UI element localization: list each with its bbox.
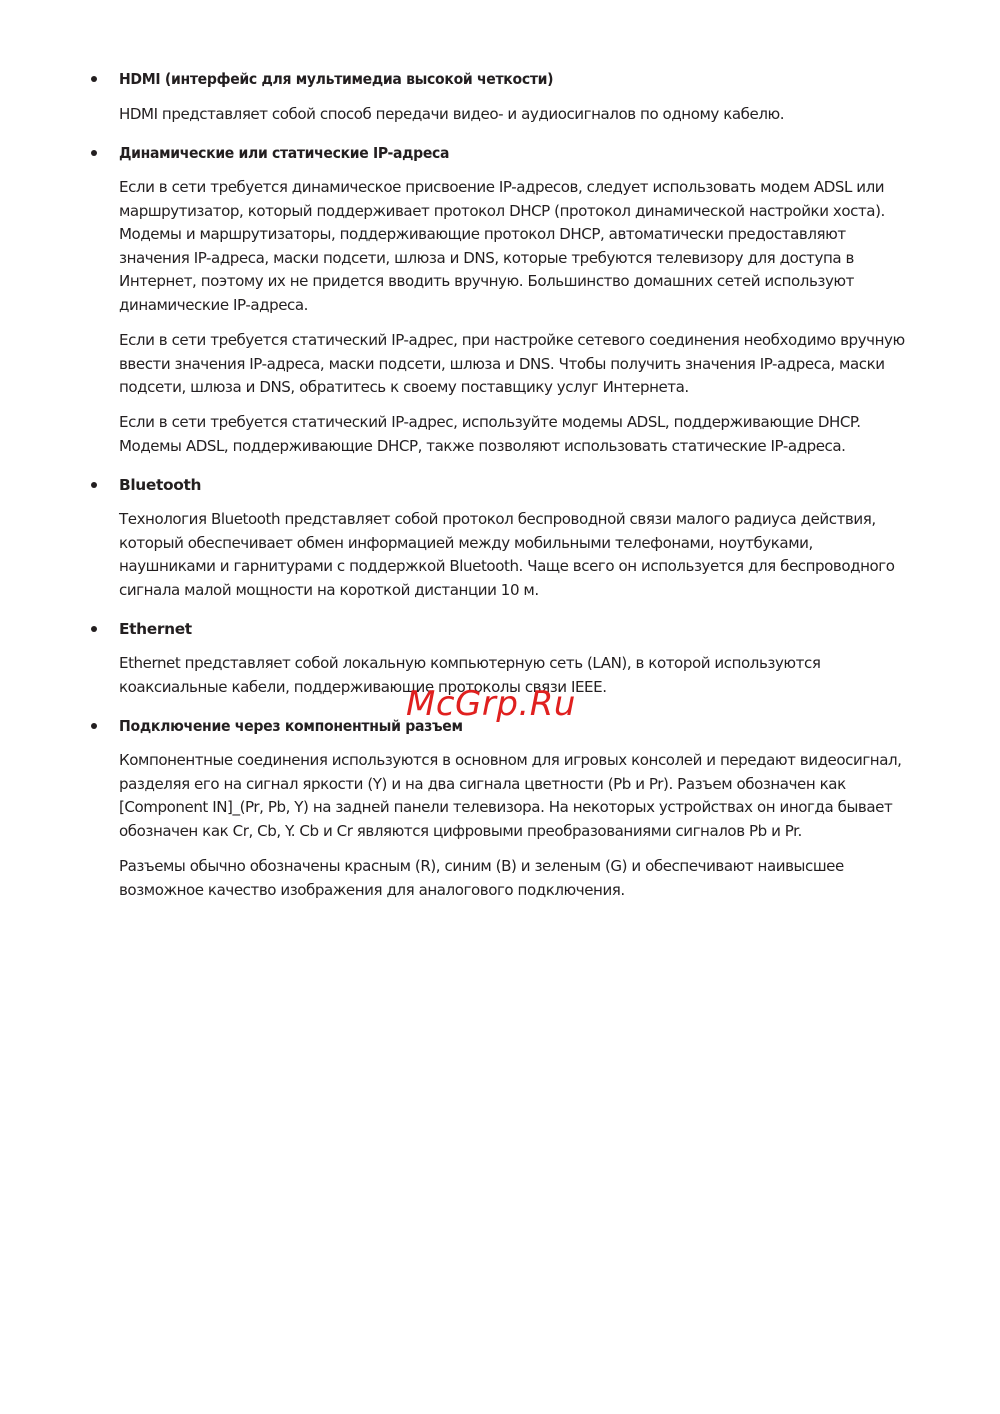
text-line: который обеспечивает обмен информацией м… (119, 532, 931, 556)
paragraph-component: Компонентные соединения используются в о… (119, 749, 949, 843)
paragraph-component-colors: Разъемы обычно обозначены красным (R), с… (119, 855, 949, 902)
paragraph-bluetooth: Технология Bluetooth представляет собой … (119, 508, 949, 602)
text-line: Технология Bluetooth представляет собой … (119, 508, 931, 532)
paragraph-static-ip-adsl: Если в сети требуется статический IP-адр… (119, 411, 949, 458)
section-heading-hdmi: HDMI (интерфейс для мультимедиа высокой … (119, 69, 553, 89)
text-line: Компонентные соединения используются в о… (119, 749, 931, 773)
bullet-icon (91, 150, 97, 156)
text-line: наушниками и гарнитурами с поддержкой Bl… (119, 555, 931, 579)
text-line: Если в сети требуется статический IP-адр… (119, 329, 931, 353)
text-line: обозначен как Cr, Cb, Y. Cb и Cr являютс… (119, 820, 931, 844)
text-line: Модемы и маршрутизаторы, поддерживающие … (119, 223, 931, 247)
text-line: значения IP-адреса, маски подсети, шлюза… (119, 247, 931, 271)
paragraph-hdmi: HDMI представляет собой способ передачи … (119, 103, 949, 127)
text-line: HDMI представляет собой способ передачи … (119, 103, 931, 127)
text-line: динамические IP-адреса. (119, 294, 931, 318)
text-line: подсети, шлюза и DNS, обратитесь к своем… (119, 376, 931, 400)
bullet-icon (91, 723, 97, 729)
text-line: маршрутизатор, который поддерживает прот… (119, 200, 931, 224)
section-heading-ip-addresses: Динамические или статические IP-адреса (119, 143, 449, 163)
text-line: Если в сети требуется статический IP-адр… (119, 411, 931, 435)
bullet-icon (91, 626, 97, 632)
section-heading-bluetooth: Bluetooth (119, 475, 201, 495)
text-line: [Component IN]_(Pr, Pb, Y) на задней пан… (119, 796, 931, 820)
bullet-icon (91, 76, 97, 82)
section-heading-ethernet: Ethernet (119, 619, 192, 639)
paragraph-static-ip: Если в сети требуется статический IP-адр… (119, 329, 949, 400)
text-line: Если в сети требуется динамическое присв… (119, 176, 931, 200)
text-line: Разъемы обычно обозначены красным (R), с… (119, 855, 931, 879)
bullet-icon (91, 482, 97, 488)
paragraph-dynamic-ip: Если в сети требуется динамическое присв… (119, 176, 949, 317)
text-line: разделяя его на сигнал яркости (Y) и на … (119, 773, 931, 797)
text-line: Интернет, поэтому их не придется вводить… (119, 270, 931, 294)
text-line: ввести значения IP-адреса, маски подсети… (119, 353, 931, 377)
text-line: Модемы ADSL, поддерживающие DHCP, также … (119, 435, 931, 459)
watermark: McGrp.Ru (406, 684, 576, 724)
text-line: Ethernet представляет собой локальную ко… (119, 652, 931, 676)
document-page: HDMI (интерфейс для мультимедиа высокой … (0, 0, 1000, 1414)
text-line: возможное качество изображения для анало… (119, 879, 931, 903)
text-line: сигнала малой мощности на короткой диста… (119, 579, 931, 603)
